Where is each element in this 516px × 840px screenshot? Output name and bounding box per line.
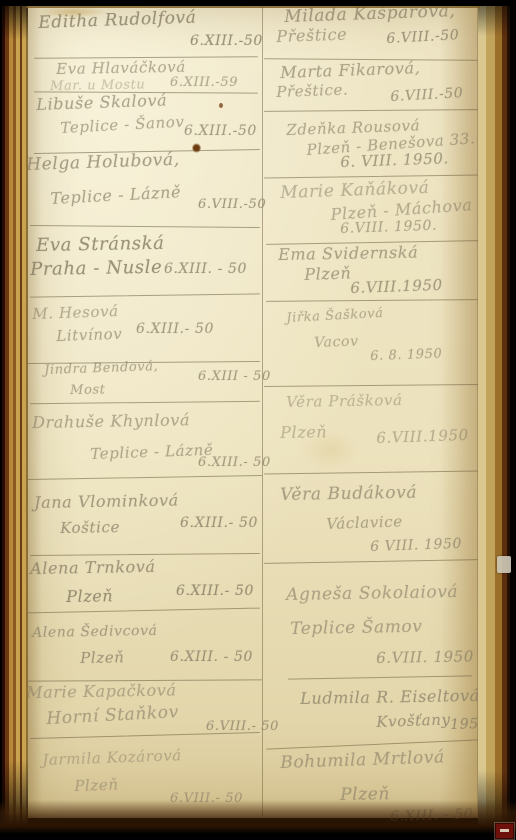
entry-name: Helga Holubová,: [26, 151, 180, 175]
entry-date: 6.XIII.- 50: [198, 456, 271, 470]
entry-date: 6. 8. 1950: [370, 347, 443, 364]
entry-separator-line: [288, 675, 472, 679]
entry-place: Praha - Nusle: [30, 258, 162, 280]
entry-separator-line: [30, 225, 260, 228]
entry-date: 6.VIII.1950: [350, 277, 443, 297]
entry-date: 6.XIII.-59: [170, 76, 238, 90]
entry-place: Přeštice: [276, 26, 347, 46]
entry-name: Alena Šedivcová: [32, 624, 158, 642]
entry-place: Vacov: [314, 334, 359, 351]
entry-name: Drahuše Khynlová: [32, 411, 190, 431]
entry-name: Libuše Skalová: [36, 91, 168, 113]
entry-name: Jiřka Šašková: [286, 307, 384, 326]
entry-separator-line: [30, 401, 260, 404]
entry-date: 6.VIII.-50: [390, 86, 464, 105]
entry-name: Alena Trnková: [30, 558, 156, 578]
entry-name: M. Hesová: [32, 303, 119, 323]
entry-separator-line: [266, 739, 480, 749]
entry-place: Teplice - Lázně: [50, 183, 181, 207]
entry-date: 6.XIII - 50: [198, 370, 271, 384]
red-minus-stamp-icon: [495, 823, 514, 839]
page-stack-right-edge: [478, 0, 516, 840]
entry-separator-line: [264, 174, 480, 178]
entry-separator-line: [266, 299, 478, 302]
entry-name: Věra Prášková: [286, 392, 403, 411]
entry-name: Bohumila Mrtlová: [280, 748, 445, 772]
entry-place: Litvínov: [56, 326, 123, 345]
entry-place: Kvošťany: [376, 711, 451, 730]
entry-name: Ema Svidernská: [278, 244, 418, 264]
entry-place: Plzeň: [304, 264, 352, 283]
scan-bottom-edge: [0, 800, 516, 840]
entry-name: Marta Fikarová,: [280, 59, 421, 81]
entry-date: 6 VIII. 1950: [370, 537, 462, 556]
entry-place: Teplice - Lázně: [90, 442, 214, 463]
entry-place: Teplice Šamov: [290, 618, 423, 639]
entry-separator-line: [264, 559, 480, 564]
scan-top-edge: [0, 0, 516, 6]
entry-name: Jana Vlominková: [34, 491, 179, 511]
entry-separator-line: [30, 732, 260, 739]
entry-date: 6.VIII.1950: [376, 427, 469, 447]
entry-date: 6.XIII.- 50: [136, 322, 214, 337]
entry-date: 6.XIII.-50: [190, 34, 263, 49]
ink-stain: [192, 143, 201, 153]
entry-place: Plzeň: [66, 587, 113, 605]
entry-date: 6.VIII.-50: [198, 198, 266, 212]
entry-date: 6.VIII.-50: [386, 28, 460, 47]
entry-date: 6.XIII.-50: [184, 124, 257, 139]
entry-date: 6.XIII.- 50: [180, 516, 258, 531]
entry-date: 6.XIII.- 50: [176, 584, 254, 599]
entry-place: Václavice: [326, 513, 403, 532]
guestbook-page-scan: Editha Rudolfová6.XIII.-50Eva Hlaváčková…: [0, 0, 516, 840]
entry-separator-line: [264, 109, 478, 112]
entry-date: 6.XIII. - 50: [170, 650, 253, 665]
entry-name: Eva Stránská: [36, 234, 165, 256]
entry-separator-line: [28, 608, 260, 614]
entry-name: Agneša Sokolaiová: [286, 583, 458, 605]
entry-place: Most: [70, 383, 106, 398]
entry-name: Jarmila Kozárová: [42, 747, 182, 768]
entry-date: 6. VIII. 1950.: [340, 150, 449, 170]
entry-name: Marie Kapačková: [26, 681, 177, 701]
entry-separator-line: [28, 475, 262, 480]
entry-name: Věra Budáková: [280, 484, 417, 505]
entry-separator-line: [264, 470, 480, 474]
entry-place: Plzeň: [80, 649, 125, 666]
entry-name: Ludmila R. Eiseltová: [300, 687, 480, 708]
page-edge-sticker: [497, 556, 511, 573]
entry-place: Přeštice.: [276, 81, 349, 100]
entry-separator-line: [30, 293, 260, 297]
entry-name: Eva Hlaváčková: [56, 59, 186, 78]
entry-date: 6.VIII. 1950.: [340, 219, 437, 238]
book-binding-left-edge: [0, 0, 28, 840]
ink-stain: [219, 103, 223, 108]
entry-separator-line: [264, 384, 480, 387]
paper-stain: [300, 430, 360, 470]
entry-place: Plzeň: [74, 776, 119, 794]
entry-place: Koštice: [60, 519, 120, 537]
entry-date: 6.VIII. 1950: [376, 648, 474, 666]
entry-place: Teplice - Šanov: [60, 114, 185, 137]
entry-date: 6.XIII. - 50: [164, 262, 247, 277]
handwriting-layer: Editha Rudolfová6.XIII.-50Eva Hlaváčková…: [0, 0, 516, 840]
entry-separator-line: [30, 553, 260, 556]
entry-place: Horní Staňkov: [46, 703, 179, 729]
